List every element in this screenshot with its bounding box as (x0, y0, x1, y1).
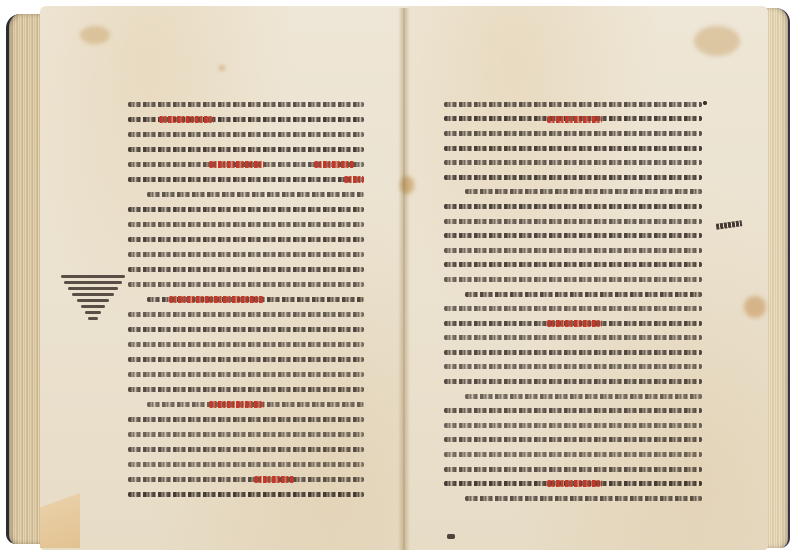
text-line (128, 262, 364, 277)
text-line (128, 292, 364, 307)
text-line (444, 170, 702, 185)
text-line (444, 476, 702, 491)
text-line (128, 412, 364, 427)
text-line (128, 142, 364, 157)
text-line (128, 382, 364, 397)
text-line (128, 472, 364, 487)
text-line (128, 367, 364, 382)
text-line (444, 403, 702, 418)
text-line (444, 185, 702, 200)
text-line (444, 199, 702, 214)
rubric-heading (547, 480, 602, 487)
text-line (128, 322, 364, 337)
text-line (128, 487, 364, 502)
text-line (128, 457, 364, 472)
rubric-heading (254, 476, 294, 483)
text-line (444, 112, 702, 127)
text-line (128, 232, 364, 247)
text-line (444, 331, 702, 346)
open-manuscript: Arabic-script body text, too small to re… (0, 0, 800, 559)
text-line (444, 389, 702, 404)
text-line (444, 360, 702, 375)
text-line (444, 418, 702, 433)
text-line (444, 272, 702, 287)
marginal-note-left (58, 272, 128, 334)
text-line (444, 462, 702, 477)
folio-mark (447, 534, 455, 539)
text-line (128, 427, 364, 442)
rubric-heading (159, 116, 214, 123)
text-line (444, 433, 702, 448)
text-line (444, 228, 702, 243)
text-line (128, 307, 364, 322)
text-line (444, 316, 702, 331)
text-line (128, 202, 364, 217)
section-dot (703, 101, 707, 105)
text-line (128, 277, 364, 292)
rubric-heading (547, 116, 602, 123)
text-line (128, 442, 364, 457)
text-line (128, 112, 364, 127)
rubric-heading (344, 176, 364, 183)
rubric-heading (547, 320, 602, 327)
rubric-heading (209, 161, 264, 168)
text-line (444, 258, 702, 273)
right-fore-edge (766, 8, 790, 548)
text-line (444, 141, 702, 156)
text-line (444, 126, 702, 141)
text-line (444, 97, 702, 112)
rubric-heading (169, 296, 264, 303)
gutter (398, 8, 410, 550)
text-line (128, 352, 364, 367)
text-line (444, 345, 702, 360)
text-line (128, 247, 364, 262)
text-line (128, 97, 364, 112)
text-line (128, 187, 364, 202)
text-line (444, 491, 702, 506)
left-text-block: Arabic-script body text, too small to re… (128, 97, 364, 502)
torn-corner (40, 470, 80, 548)
text-line (444, 287, 702, 302)
text-line (444, 301, 702, 316)
text-line (128, 127, 364, 142)
text-line (444, 155, 702, 170)
text-line (444, 214, 702, 229)
text-line (444, 243, 702, 258)
text-line (128, 337, 364, 352)
text-line (444, 447, 702, 462)
right-text-block: Arabic-script body text, too small to re… (444, 97, 702, 505)
rubric-heading (209, 401, 264, 408)
text-line (128, 157, 364, 172)
text-line (128, 397, 364, 412)
text-line (128, 172, 364, 187)
text-line (128, 217, 364, 232)
text-line (444, 374, 702, 389)
rubric-heading (314, 161, 354, 168)
